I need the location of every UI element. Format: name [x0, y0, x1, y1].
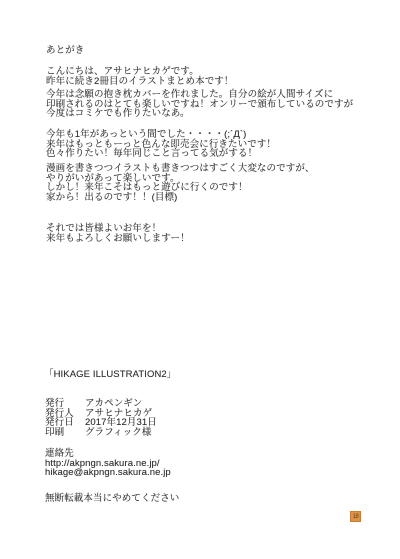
page-number: 18 [353, 514, 359, 520]
afterword-paragraph: 今年も1年があっという間でした・・・・(;´Д`) 来年はもっともーっと色んな即… [46, 130, 276, 159]
colophon-block: 発行 アカペンギン 発行人 アサヒナヒカゲ 発行日 2017年12月31日 印刷… [45, 399, 157, 438]
paragraph-line: 家から！出るのです！！(目標) [46, 193, 315, 203]
book-title: 「HIKAGE ILLUSTRATION2」 [44, 370, 176, 380]
afterword-paragraph: こんにちは、アサヒナヒカゲです。 昨年に続き2冊目のイラストまとめ本です！ [46, 67, 234, 86]
afterword-paragraph: 漫画を書きつつイラストも書きつつはすごく大変なのですが、 やりがいがあって楽しい… [46, 164, 315, 203]
paragraph-line: 昨年に続き2冊目のイラストまとめ本です！ [46, 77, 234, 87]
contact-email: hikage@akpngn.sakura.ne.jp [45, 468, 171, 478]
paragraph-line: 色々作りたい！毎年同じこと言ってる気がする！ [46, 149, 276, 159]
colophon-row: 印刷 グラフィック様 [45, 428, 157, 438]
colophon-label: 印刷 [45, 428, 85, 438]
scanned-afterword-page: あとがき こんにちは、アサヒナヒカゲです。 昨年に続き2冊目のイラストまとめ本で… [0, 0, 400, 559]
colophon-value: グラフィック様 [85, 428, 151, 438]
afterword-paragraph: 今年は念願の抱き枕カバーを作れました。自分の絵が人間サイズに 印刷されるのはとて… [46, 90, 353, 119]
reproduction-warning: 無断転載本当にやめてください [45, 494, 179, 504]
afterword-heading: あとがき [46, 46, 84, 56]
paragraph-line: 今度はコミケでも作りたいなあ。 [46, 109, 353, 119]
contact-block: 連絡先 http://akpngn.sakura.ne.jp/ hikage@a… [45, 449, 171, 478]
paragraph-line: 来年もよろしくお願いしますー！ [46, 234, 190, 244]
afterword-paragraph: それでは皆様よいお年を！ 来年もよろしくお願いしますー！ [46, 224, 190, 243]
page-number-badge: 18 [350, 511, 361, 522]
